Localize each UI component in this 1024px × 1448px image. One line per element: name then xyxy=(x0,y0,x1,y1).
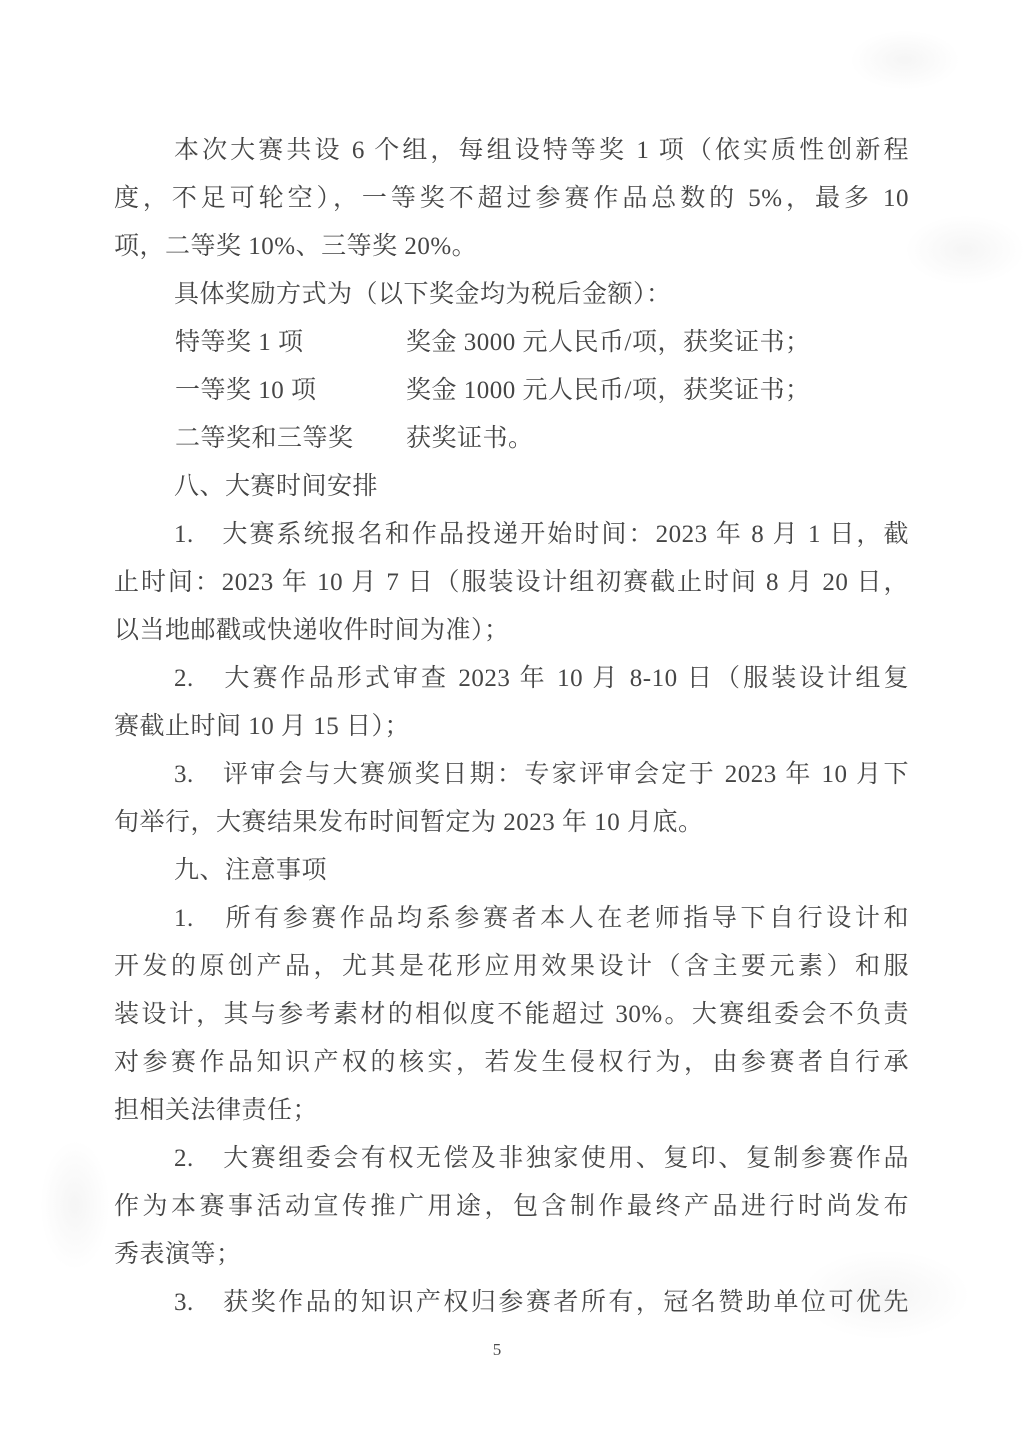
paragraph-line: 对参赛作品知识产权的核实，若发生侵权行为，由参赛者自行承 xyxy=(114,1039,909,1087)
award-row: 二等奖和三等奖 获奖证书。 xyxy=(114,415,909,463)
paragraph-line: 止时间：2023 年 10 月 7 日（服装设计组初赛截止时间 8 月 20 日… xyxy=(114,559,909,607)
paragraph-line: 赛截止时间 10 月 15 日）； xyxy=(114,703,909,751)
award-tier-label: 二等奖和三等奖 xyxy=(175,415,406,463)
paragraph-line: 2. 大赛作品形式审查 2023 年 10 月 8-10 日（服装设计组复 xyxy=(114,655,909,703)
award-row: 特等奖 1 项 奖金 3000 元人民币/项，获奖证书； xyxy=(114,319,909,367)
paragraph-line: 3. 评审会与大赛颁奖日期：专家评审会定于 2023 年 10 月下 xyxy=(114,751,909,799)
paragraph-line: 度，不足可轮空），一等奖不超过参赛作品总数的 5%，最多 10 xyxy=(114,175,909,223)
paragraph-line: 1. 大赛系统报名和作品投递开始时间：2023 年 8 月 1 日，截 xyxy=(114,511,909,559)
paragraph-line: 3. 获奖作品的知识产权归参赛者所有，冠名赞助单位可优先 xyxy=(114,1279,909,1327)
award-tier-detail: 奖金 3000 元人民币/项，获奖证书； xyxy=(406,319,909,367)
paragraph-line: 装设计，其与参考素材的相似度不能超过 30%。大赛组委会不负责 xyxy=(114,991,909,1039)
paragraph-line: 作为本赛事活动宣传推广用途，包含制作最终产品进行时尚发布 xyxy=(114,1183,909,1231)
paragraph-line: 2. 大赛组委会有权无偿及非独家使用、复印、复制参赛作品 xyxy=(114,1135,909,1183)
paragraph-line: 以当地邮戳或快递收件时间为准）； xyxy=(114,607,909,655)
paragraph-line: 旬举行，大赛结果发布时间暂定为 2023 年 10 月底。 xyxy=(114,799,909,847)
document-page: 本次大赛共设 6 个组，每组设特等奖 1 项（依实质性创新程 度，不足可轮空），… xyxy=(0,0,1024,1448)
section-heading: 九、注意事项 xyxy=(114,847,909,895)
award-row: 一等奖 10 项 奖金 1000 元人民币/项，获奖证书； xyxy=(114,367,909,415)
paragraph-line: 开发的原创产品，尤其是花形应用效果设计（含主要元素）和服 xyxy=(114,943,909,991)
paragraph-line: 本次大赛共设 6 个组，每组设特等奖 1 项（依实质性创新程 xyxy=(114,127,909,175)
paragraph-line: 具体奖励方式为（以下奖金均为税后金额）： xyxy=(114,271,909,319)
scan-smudge xyxy=(905,215,1024,285)
award-tier-detail: 获奖证书。 xyxy=(406,415,909,463)
paragraph-line: 项，二等奖 10%、三等奖 20%。 xyxy=(114,223,909,271)
paragraph-line: 担相关法律责任； xyxy=(114,1087,909,1135)
award-tier-label: 特等奖 1 项 xyxy=(175,319,406,367)
page-number: 5 xyxy=(0,1340,994,1360)
award-tier-detail: 奖金 1000 元人民币/项，获奖证书； xyxy=(406,367,909,415)
document-body: 本次大赛共设 6 个组，每组设特等奖 1 项（依实质性创新程 度，不足可轮空），… xyxy=(114,127,909,1327)
scan-smudge xyxy=(40,1140,110,1270)
scan-smudge xyxy=(850,30,960,90)
section-heading: 八、大赛时间安排 xyxy=(114,463,909,511)
paragraph-line: 1. 所有参赛作品均系参赛者本人在老师指导下自行设计和 xyxy=(114,895,909,943)
award-tier-label: 一等奖 10 项 xyxy=(175,367,406,415)
paragraph-line: 秀表演等； xyxy=(114,1231,909,1279)
